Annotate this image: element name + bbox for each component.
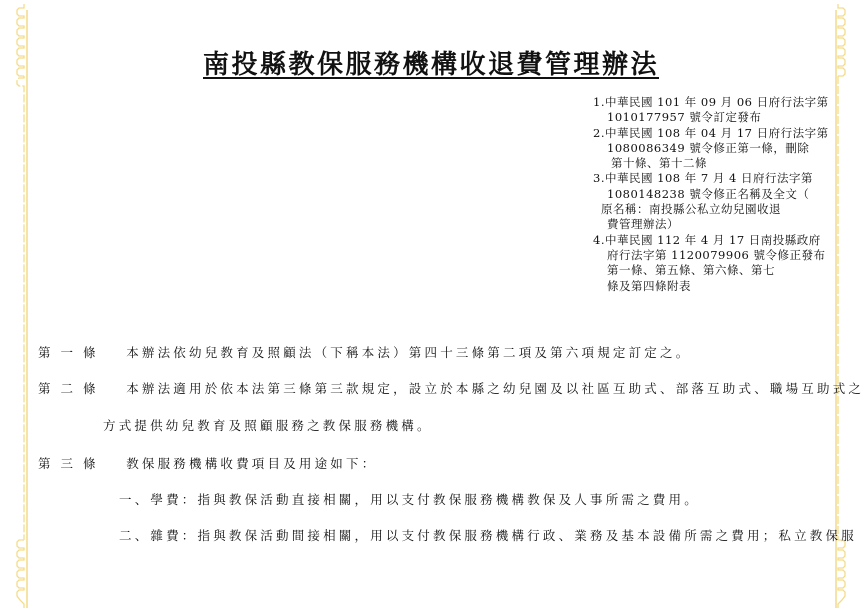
amendment-history: 1.中華民國 101 年 09 月 06 日府行法字第 1010177957 號… (593, 95, 833, 294)
history-line: 2.中華民國 108 年 04 月 17 日府行法字第 (593, 126, 833, 141)
history-line: 府行法字第 1120079906 號令修正發布 (593, 248, 833, 263)
decorative-border-left (14, 0, 30, 612)
history-line: 1080086349 號令修正第一條，刪除 (593, 141, 833, 156)
article-label: 第三條 (38, 455, 119, 473)
history-line: 第十條、第十二條 (593, 156, 833, 171)
history-line: 4.中華民國 112 年 4 月 17 日南投縣政府 (593, 233, 833, 248)
history-item-3: 3.中華民國 108 年 7 月 4 日府行法字第 1080148238 號令修… (593, 171, 833, 232)
history-line: 1080148238 號令修正名稱及全文（ (593, 187, 833, 202)
history-item-2: 2.中華民國 108 年 04 月 17 日府行法字第 1080086349 號… (593, 126, 833, 172)
article-1: 第一條 本辦法依幼兒教育及照顧法（下稱本法）第四十三條第二項及第六項規定訂定之。 (38, 344, 691, 362)
decorative-border-right (834, 0, 850, 612)
article-text: 本辦法依幼兒教育及照顧法（下稱本法）第四十三條第二項及第六項規定訂定之。 (126, 344, 691, 362)
history-item-1: 1.中華民國 101 年 09 月 06 日府行法字第 1010177957 號… (593, 95, 833, 126)
history-item-4: 4.中華民國 112 年 4 月 17 日南投縣政府 府行法字第 1120079… (593, 233, 833, 294)
history-line: 原名稱：南投縣公私立幼兒園收退 (593, 202, 833, 217)
article-2-continuation: 方式提供幼兒教育及照顧服務之教保服務機構。 (103, 417, 433, 435)
history-line: 費管理辦法） (593, 217, 833, 232)
article-label: 第二條 (38, 380, 119, 398)
article-3-item-1: 一、學費：指與教保活動直接相關，用以支付教保服務機構教保及人事所需之費用。 (119, 491, 700, 509)
article-2: 第二條 本辦法適用於依本法第三條第三款規定，設立於本縣之幼兒園及以社區互助式、部… (38, 380, 864, 398)
history-line: 1.中華民國 101 年 09 月 06 日府行法字第 (593, 95, 833, 110)
history-line: 3.中華民國 108 年 7 月 4 日府行法字第 (593, 171, 833, 186)
article-3: 第三條 教保服務機構收費項目及用途如下： (38, 455, 377, 473)
document-title: 南投縣教保服務機構收退費管理辦法 (203, 49, 663, 81)
article-3-item-2: 二、雜費：指與教保活動間接相關，用以支付教保服務機構行政、業務及基本設備所需之費… (119, 527, 857, 545)
history-line: 第一條、第五條、第六條、第七 (593, 263, 833, 278)
history-line: 條及第四條附表 (593, 279, 833, 294)
article-text: 教保服務機構收費項目及用途如下： (126, 455, 377, 473)
article-text: 本辦法適用於依本法第三條第三款規定，設立於本縣之幼兒園及以社區互助式、部落互助式… (126, 380, 864, 398)
article-label: 第一條 (38, 344, 119, 362)
history-line: 1010177957 號令訂定發布 (593, 110, 833, 125)
